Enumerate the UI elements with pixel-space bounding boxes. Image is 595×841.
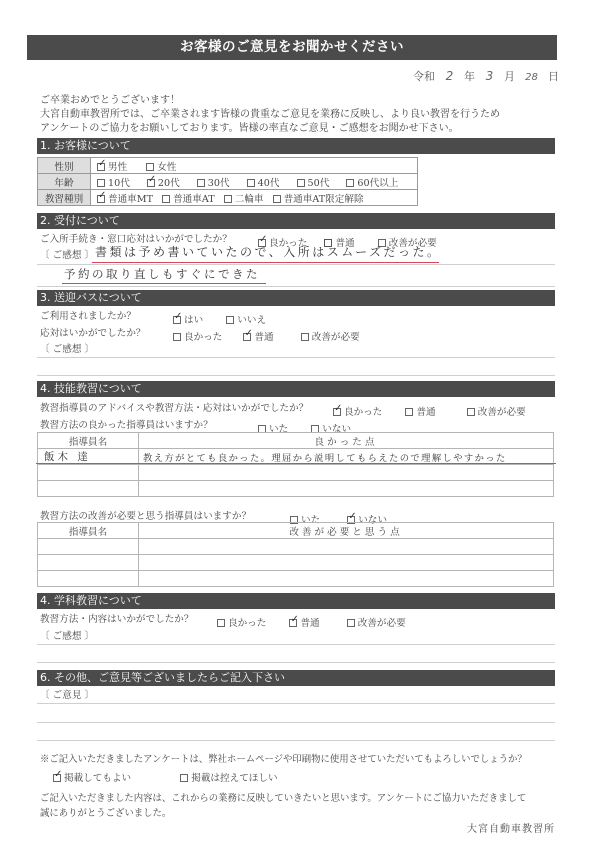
- column-header-improve-points: 改善が必要と思う点: [139, 523, 554, 539]
- checkbox-icon[interactable]: [162, 195, 170, 203]
- comment-rule[interactable]: [37, 662, 555, 663]
- comment-rule[interactable]: [37, 375, 555, 376]
- checkbox-icon[interactable]: [405, 408, 413, 416]
- checkbox-checked-icon[interactable]: [173, 316, 181, 324]
- date-month[interactable]: 3: [481, 69, 499, 83]
- other-comment-label: 〔 ご意見 〕: [40, 687, 94, 701]
- option-good[interactable]: 良かった: [173, 332, 222, 343]
- comment-rule[interactable]: [37, 722, 555, 723]
- option-good[interactable]: 良かった: [217, 618, 266, 629]
- good-instructor-question: 教習方法の良かった指導員はいますか？: [40, 417, 213, 431]
- course-type-row: 教習種別 普通車MT 普通車AT 二輪車 普通車AT限定解除: [38, 190, 418, 206]
- age-row: 年齢 10代 20代 30代 40代 50代 60代以上: [38, 174, 418, 190]
- option-publish-ok[interactable]: 掲載してもよい: [53, 773, 131, 784]
- academic-question: 教習方法・内容はいかがでしたか？: [40, 611, 194, 625]
- instructor-name-cell[interactable]: [38, 465, 139, 481]
- comment-rule[interactable]: [37, 644, 555, 645]
- checkbox-icon[interactable]: [146, 163, 154, 171]
- option-60s-plus[interactable]: 60代以上: [346, 178, 398, 189]
- option-10s[interactable]: 10代: [97, 178, 130, 189]
- option-standard-at[interactable]: 普通車AT: [162, 194, 215, 205]
- table-row: [38, 571, 554, 587]
- checkbox-checked-icon[interactable]: [97, 163, 105, 171]
- section-3-header: 3. 送迎バスについて: [37, 290, 555, 306]
- academic-comment-label: 〔 ご感想 〕: [40, 628, 94, 642]
- checkbox-icon[interactable]: [217, 619, 225, 627]
- date-line: 令和 2 年 3 月 28 日: [413, 68, 559, 84]
- checkbox-icon[interactable]: [197, 179, 205, 187]
- table-row: [38, 555, 554, 571]
- checkbox-icon[interactable]: [347, 619, 355, 627]
- red-underline: [92, 262, 439, 263]
- option-at-limit-removal[interactable]: 普通車AT限定解除: [273, 194, 364, 205]
- checkbox-icon[interactable]: [247, 179, 255, 187]
- gender-row: 性別 男性 女性: [38, 158, 418, 174]
- checkbox-icon[interactable]: [173, 333, 181, 341]
- column-header-instructor: 指導員名: [38, 433, 139, 449]
- bus-comment-label: 〔 ご感想 〕: [40, 341, 94, 355]
- option-needs-improvement[interactable]: 改善が必要: [347, 618, 406, 629]
- date-day[interactable]: 28: [521, 72, 543, 83]
- instructor-name-cell[interactable]: [38, 571, 139, 587]
- instructor-quality-options: 良かった 普通 改善が必要: [333, 400, 526, 419]
- checkbox-icon[interactable]: [226, 316, 234, 324]
- publish-question: ※ご記入いただきましたアンケートは、弊社ホームページや印刷物に使用させていただい…: [40, 751, 527, 765]
- checkbox-icon[interactable]: [301, 333, 309, 341]
- option-male[interactable]: 男性: [97, 162, 127, 173]
- academic-options: 良かった 普通 改善が必要: [217, 611, 406, 630]
- date-month-unit: 月: [504, 70, 515, 83]
- comment-rule: [37, 286, 555, 287]
- option-50s[interactable]: 50代: [297, 178, 330, 189]
- publish-options: 掲載してもよい 掲載は控えてほしい: [53, 766, 278, 785]
- checkbox-checked-icon[interactable]: [147, 179, 155, 187]
- option-normal[interactable]: 普通: [243, 332, 273, 343]
- checkbox-icon[interactable]: [97, 179, 105, 187]
- section-1-header: 1. お客様について: [37, 138, 555, 154]
- checkbox-icon[interactable]: [224, 195, 232, 203]
- column-header-good-points: 良かった点: [139, 433, 554, 449]
- date-year[interactable]: 2: [441, 69, 459, 83]
- checkbox-checked-icon[interactable]: [289, 619, 297, 627]
- improve-points-cell[interactable]: [139, 555, 554, 571]
- checkbox-checked-icon[interactable]: [97, 195, 105, 203]
- table-row: [38, 481, 554, 497]
- good-instructor-table: 指導員名 良かった点 飯木 達 教え方がとても良かった。理屈から説明してもらえた…: [37, 432, 554, 497]
- option-standard-mt[interactable]: 普通車MT: [97, 194, 153, 205]
- course-type-options: 普通車MT 普通車AT 二輪車 普通車AT限定解除: [91, 190, 418, 206]
- checkbox-checked-icon[interactable]: [53, 774, 61, 782]
- section-4-header: 4. 技能教習について: [37, 381, 555, 397]
- option-needs-improvement[interactable]: 改善が必要: [301, 332, 360, 343]
- improve-points-cell[interactable]: [139, 571, 554, 587]
- improve-instructor-table: 指導員名 改善が必要と思う点: [37, 522, 554, 587]
- table-row: [38, 465, 554, 481]
- option-normal[interactable]: 普通: [289, 618, 319, 629]
- checkbox-checked-icon[interactable]: [243, 333, 251, 341]
- option-needs-improvement[interactable]: 改善が必要: [467, 407, 526, 418]
- bus-service-options: 良かった 普通 改善が必要: [173, 325, 360, 344]
- instructor-name: 飯木 達: [42, 451, 91, 463]
- checkbox-icon[interactable]: [467, 408, 475, 416]
- bus-used-question: ご利用されましたか？: [40, 308, 136, 322]
- reception-comment-line-2[interactable]: 予約の取り直しもすぐにできた: [64, 266, 260, 282]
- instructor-quality-question: 教習指導員のアドバイスや教習方法・応対はいかがでしたか？: [40, 400, 308, 414]
- option-motorcycle[interactable]: 二輪車: [224, 194, 264, 205]
- age-options: 10代 20代 30代 40代 50代 60代以上: [91, 174, 418, 190]
- intro-line-2: 大宮自動車教習所では、ご卒業されます皆様の貴重なご意見を業務に反映し、より良い教…: [40, 105, 500, 120]
- option-female[interactable]: 女性: [146, 162, 176, 173]
- checkbox-icon[interactable]: [273, 195, 281, 203]
- section-6-header: 6. その他、ご意見等ございましたらご記入下さい: [37, 670, 555, 686]
- reception-comment-line-1[interactable]: 書類は予め書いていたので、入所はスムーズだった。: [95, 243, 442, 260]
- checkbox-icon[interactable]: [180, 774, 188, 782]
- red-underline: [36, 463, 556, 464]
- gender-label: 性別: [38, 158, 91, 174]
- date-era: 令和: [413, 70, 435, 83]
- good-points-cell[interactable]: [139, 481, 554, 497]
- improve-points-cell[interactable]: [139, 539, 554, 555]
- comment-rule[interactable]: [37, 357, 555, 358]
- comment-rule[interactable]: [37, 703, 555, 704]
- course-type-label: 教習種別: [38, 190, 91, 206]
- good-points-cell[interactable]: [139, 465, 554, 481]
- reception-comment-label: 〔 ご感想 〕: [40, 247, 94, 261]
- section-academic-header: 4. 学科教習について: [37, 593, 555, 609]
- thanks-line-2: 誠にありがとうございました。: [40, 805, 171, 819]
- intro-line-3: アンケートのご協力をお願いしております。皆様の率直なご意見・ご感想をお聞かせ下さ…: [40, 119, 459, 134]
- checkbox-icon[interactable]: [297, 179, 305, 187]
- option-30s[interactable]: 30代: [197, 178, 230, 189]
- red-underline: [62, 283, 266, 284]
- checkbox-checked-icon[interactable]: [333, 408, 341, 416]
- school-name: 大宮自動車教習所: [467, 820, 555, 835]
- date-year-unit: 年: [464, 70, 475, 83]
- date-day-unit: 日: [548, 70, 559, 83]
- age-label: 年齢: [38, 174, 91, 190]
- intro-line-1: ご卒業おめでとうございます！: [40, 91, 180, 106]
- comment-rule: [37, 264, 555, 265]
- thanks-line-1: ご記入いただきました内容は、これからの業務に反映していきたいと思います。アンケー…: [40, 790, 526, 804]
- instructor-name-cell[interactable]: [38, 539, 139, 555]
- gender-options: 男性 女性: [91, 158, 418, 174]
- checkbox-icon[interactable]: [346, 179, 354, 187]
- improve-instructor-question: 教習方法の改善が必要と思う指導員はいますか？: [40, 508, 251, 522]
- form-title: お客様のご意見をお聞かせください: [27, 35, 557, 60]
- good-points-text: 教え方がとても良かった。理屈から説明してもらえたので理解しやすかった: [143, 453, 507, 464]
- option-40s[interactable]: 40代: [247, 178, 280, 189]
- column-header-instructor: 指導員名: [38, 523, 139, 539]
- table-header-row: 指導員名 改善が必要と思う点: [38, 523, 554, 539]
- option-20s[interactable]: 20代: [147, 178, 180, 189]
- table-row: [38, 539, 554, 555]
- section-2-header: 2. 受付について: [37, 213, 555, 229]
- customer-info-table: 性別 男性 女性 年齢 10代 20代 30代 40代 50代 60代以上 教習…: [37, 157, 418, 206]
- option-normal[interactable]: 普通: [405, 407, 435, 418]
- instructor-name-cell[interactable]: [38, 555, 139, 571]
- table-header-row: 指導員名 良かった点: [38, 433, 554, 449]
- bus-service-question: 応対はいかがでしたか？: [40, 325, 146, 339]
- comment-rule[interactable]: [37, 740, 555, 741]
- instructor-name-cell[interactable]: [38, 481, 139, 497]
- option-publish-decline[interactable]: 掲載は控えてほしい: [180, 773, 277, 784]
